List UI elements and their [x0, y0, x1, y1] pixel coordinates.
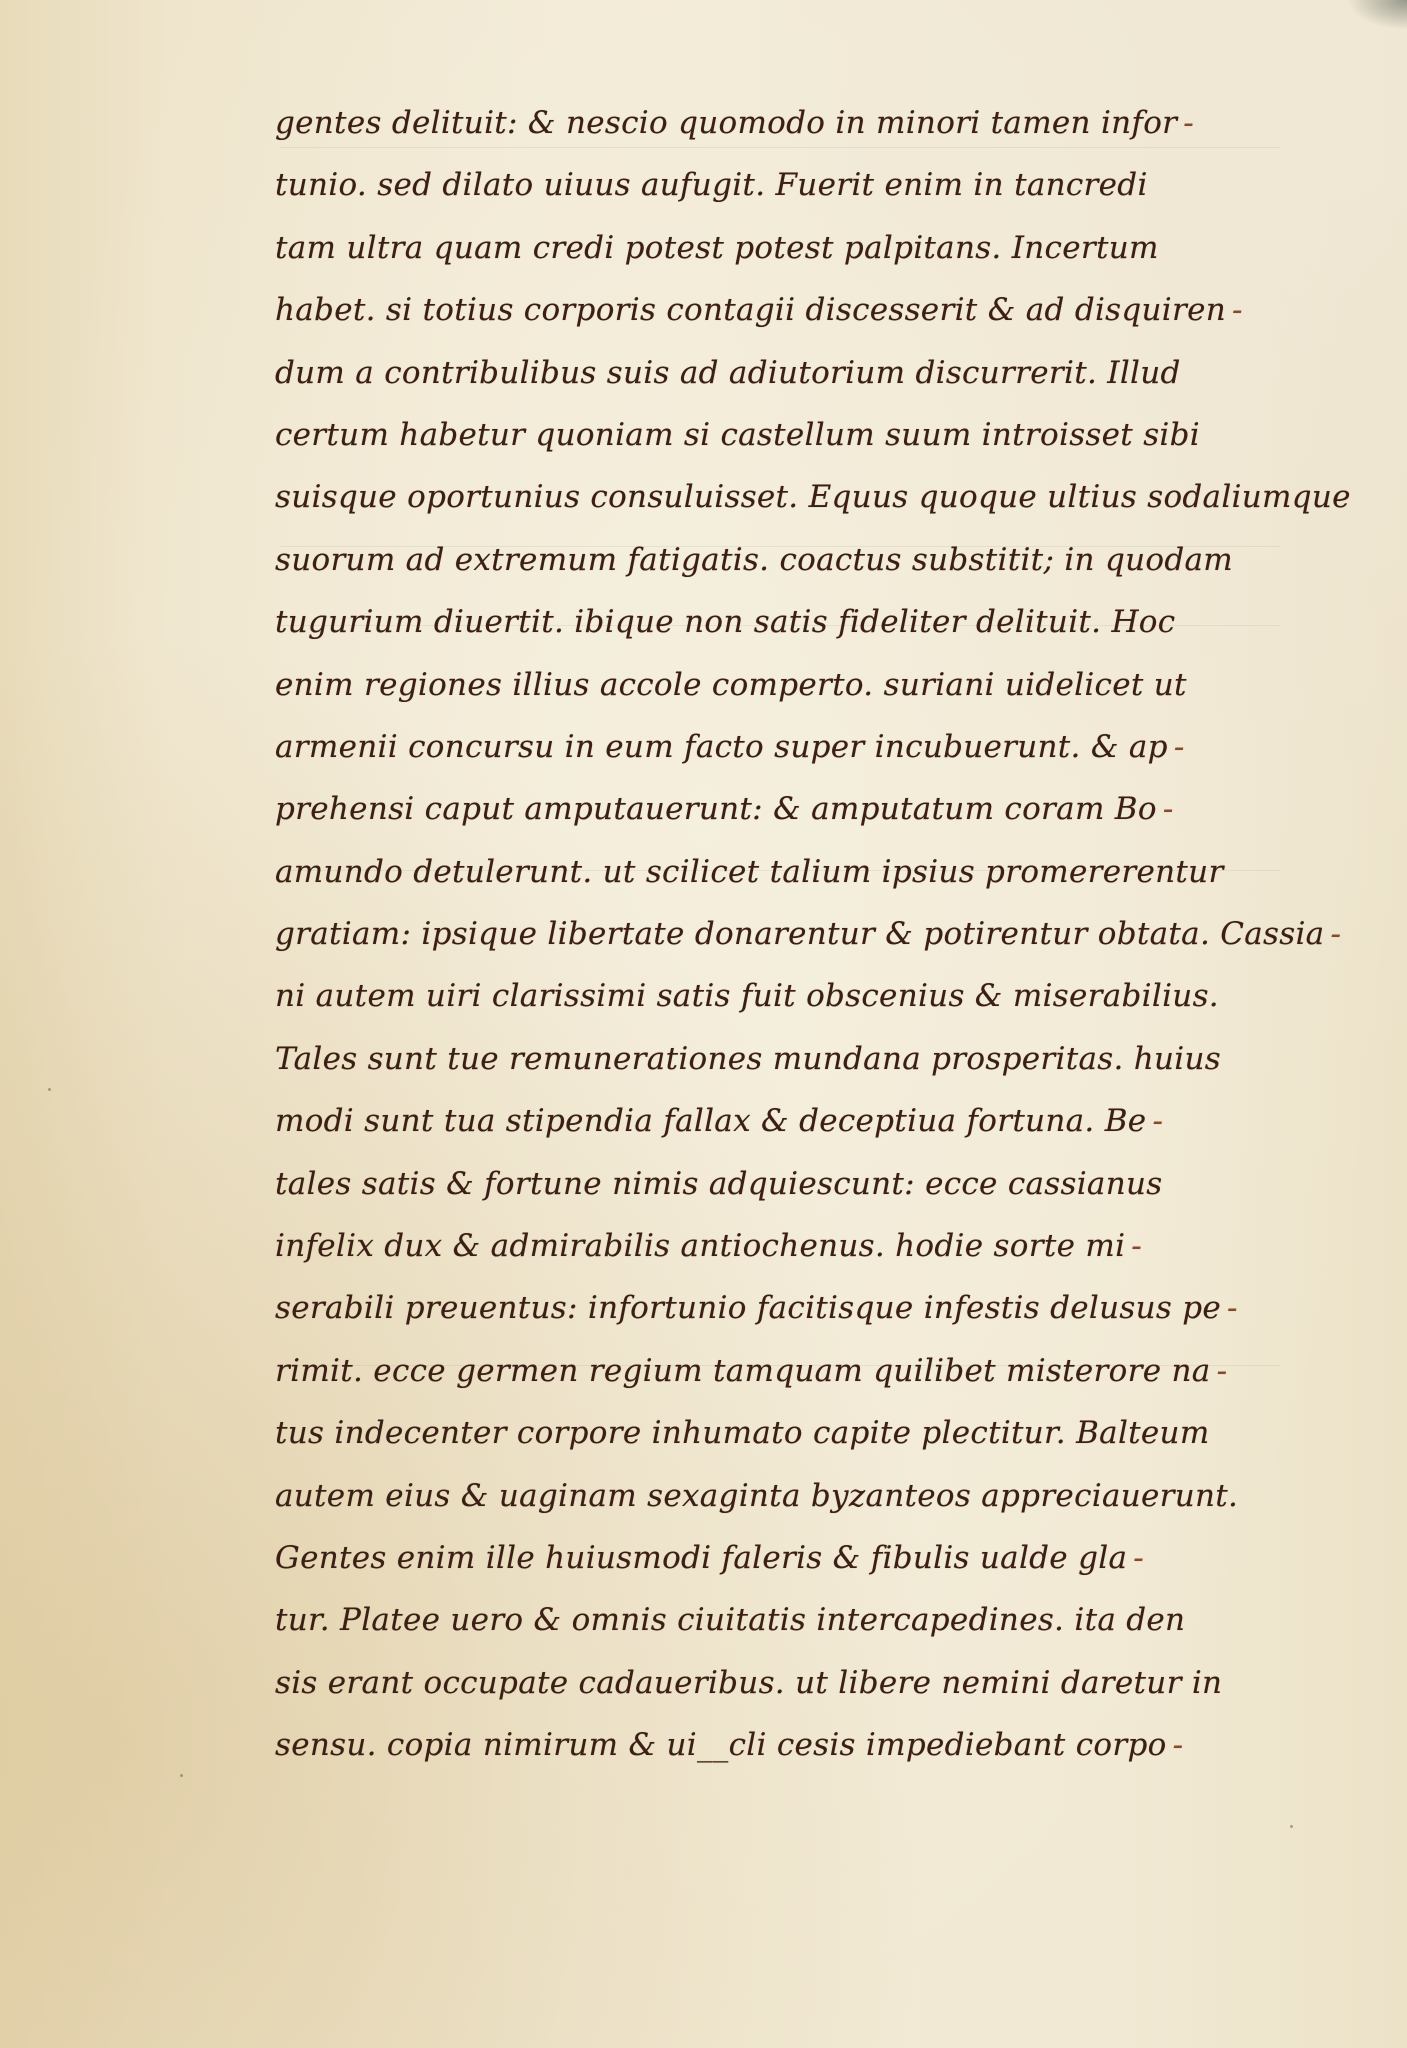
manuscript-line: tales satis & fortune nimis adquiescunt:…: [275, 1153, 1305, 1215]
manuscript-line: enim regiones illius accole comperto. su…: [275, 654, 1305, 716]
line-text: serabili preuentus: infortunio facitisqu…: [275, 1290, 1221, 1326]
line-text: tunio. sed dilato uiuus aufugit. Fuerit …: [275, 167, 1148, 203]
line-text: sis erant occupate cadaueribus. ut liber…: [275, 1665, 1222, 1701]
line-text: enim regiones illius accole comperto. su…: [275, 667, 1187, 703]
line-hyphen: -: [1217, 1353, 1228, 1389]
line-text: Tales sunt tue remunerationes mundana pr…: [275, 1041, 1221, 1077]
line-text: tales satis & fortune nimis adquiescunt:…: [275, 1166, 1162, 1202]
line-text: gratiam: ipsique libertate donarentur & …: [275, 916, 1324, 952]
line-text: tur. Platee uero & omnis ciuitatis inter…: [275, 1602, 1185, 1638]
line-text: suisque oportunius consuluisset. Equus q…: [275, 479, 1351, 515]
manuscript-line: gentes delituit: & nescio quomodo in min…: [275, 92, 1305, 154]
line-text: tugurium diuertit. ibique non satis fide…: [275, 604, 1175, 640]
manuscript-line: tus indecenter corpore inhumato capite p…: [275, 1402, 1305, 1464]
manuscript-line: armenii concursu in eum facto super incu…: [275, 716, 1305, 778]
text-column: gentes delituit: & nescio quomodo in min…: [275, 92, 1305, 1777]
manuscript-line: infelix dux & admirabilis antiochenus. h…: [275, 1215, 1305, 1277]
line-text: infelix dux & admirabilis antiochenus. h…: [275, 1228, 1125, 1264]
manuscript-line: gratiam: ipsique libertate donarentur & …: [275, 903, 1305, 965]
manuscript-line: prehensi caput amputauerunt: & amputatum…: [275, 778, 1305, 840]
line-text: ni autem uiri clarissimi satis fuit obsc…: [275, 978, 1219, 1014]
line-text: prehensi caput amputauerunt: & amputatum…: [275, 791, 1157, 827]
line-hyphen: -: [1163, 791, 1174, 827]
line-text: habet. si totius corporis contagii disce…: [275, 292, 1226, 328]
parchment-speck: [48, 1088, 51, 1091]
manuscript-line: ni autem uiri clarissimi satis fuit obsc…: [275, 965, 1305, 1027]
manuscript-line: amundo detulerunt. ut scilicet talium ip…: [275, 841, 1305, 903]
line-hyphen: -: [1330, 916, 1341, 952]
line-text: sensu. copia nimirum & ui__cli cesis imp…: [275, 1727, 1167, 1763]
line-text: dum a contribulibus suis ad adiutorium d…: [275, 355, 1181, 391]
line-text: suorum ad extremum fatigatis. coactus su…: [275, 542, 1233, 578]
line-text: autem eius & uaginam sexaginta byzanteos…: [275, 1478, 1238, 1514]
manuscript-line: rimit. ecce germen regium tamquam quilib…: [275, 1340, 1305, 1402]
page-corner-shadow: [1347, 0, 1407, 30]
line-hyphen: -: [1183, 105, 1194, 141]
manuscript-page: gentes delituit: & nescio quomodo in min…: [0, 0, 1407, 2048]
manuscript-line: serabili preuentus: infortunio facitisqu…: [275, 1277, 1305, 1339]
manuscript-line: tunio. sed dilato uiuus aufugit. Fuerit …: [275, 154, 1305, 216]
manuscript-line: autem eius & uaginam sexaginta byzanteos…: [275, 1465, 1305, 1527]
manuscript-line: tam ultra quam credi potest potest palpi…: [275, 217, 1305, 279]
line-text: amundo detulerunt. ut scilicet talium ip…: [275, 854, 1224, 890]
manuscript-line: suorum ad extremum fatigatis. coactus su…: [275, 529, 1305, 591]
manuscript-line: sis erant occupate cadaueribus. ut liber…: [275, 1652, 1305, 1714]
manuscript-line: tugurium diuertit. ibique non satis fide…: [275, 591, 1305, 653]
line-text: Gentes enim ille huiusmodi faleris & fib…: [275, 1540, 1127, 1576]
line-hyphen: -: [1133, 1540, 1144, 1576]
parchment-speck: [1290, 1825, 1293, 1828]
line-hyphen: -: [1232, 292, 1243, 328]
line-text: armenii concursu in eum facto super incu…: [275, 729, 1168, 765]
manuscript-line: suisque oportunius consuluisset. Equus q…: [275, 466, 1305, 528]
manuscript-line: habet. si totius corporis contagii disce…: [275, 279, 1305, 341]
manuscript-line: dum a contribulibus suis ad adiutorium d…: [275, 342, 1305, 404]
line-text: tam ultra quam credi potest potest palpi…: [275, 230, 1159, 266]
line-hyphen: -: [1174, 729, 1185, 765]
line-hyphen: -: [1131, 1228, 1142, 1264]
line-hyphen: -: [1152, 1103, 1163, 1139]
line-text: rimit. ecce germen regium tamquam quilib…: [275, 1353, 1211, 1389]
manuscript-line: modi sunt tua stipendia fallax & decepti…: [275, 1090, 1305, 1152]
manuscript-line: certum habetur quoniam si castellum suum…: [275, 404, 1305, 466]
line-hyphen: -: [1173, 1727, 1184, 1763]
manuscript-line: tur. Platee uero & omnis ciuitatis inter…: [275, 1589, 1305, 1651]
line-hyphen: -: [1227, 1290, 1238, 1326]
line-text: modi sunt tua stipendia fallax & decepti…: [275, 1103, 1146, 1139]
manuscript-line: sensu. copia nimirum & ui__cli cesis imp…: [275, 1714, 1305, 1776]
parchment-speck: [180, 1774, 183, 1777]
line-text: gentes delituit: & nescio quomodo in min…: [275, 105, 1177, 141]
line-text: tus indecenter corpore inhumato capite p…: [275, 1415, 1210, 1451]
manuscript-line: Gentes enim ille huiusmodi faleris & fib…: [275, 1527, 1305, 1589]
manuscript-line: Tales sunt tue remunerationes mundana pr…: [275, 1028, 1305, 1090]
line-text: certum habetur quoniam si castellum suum…: [275, 417, 1200, 453]
